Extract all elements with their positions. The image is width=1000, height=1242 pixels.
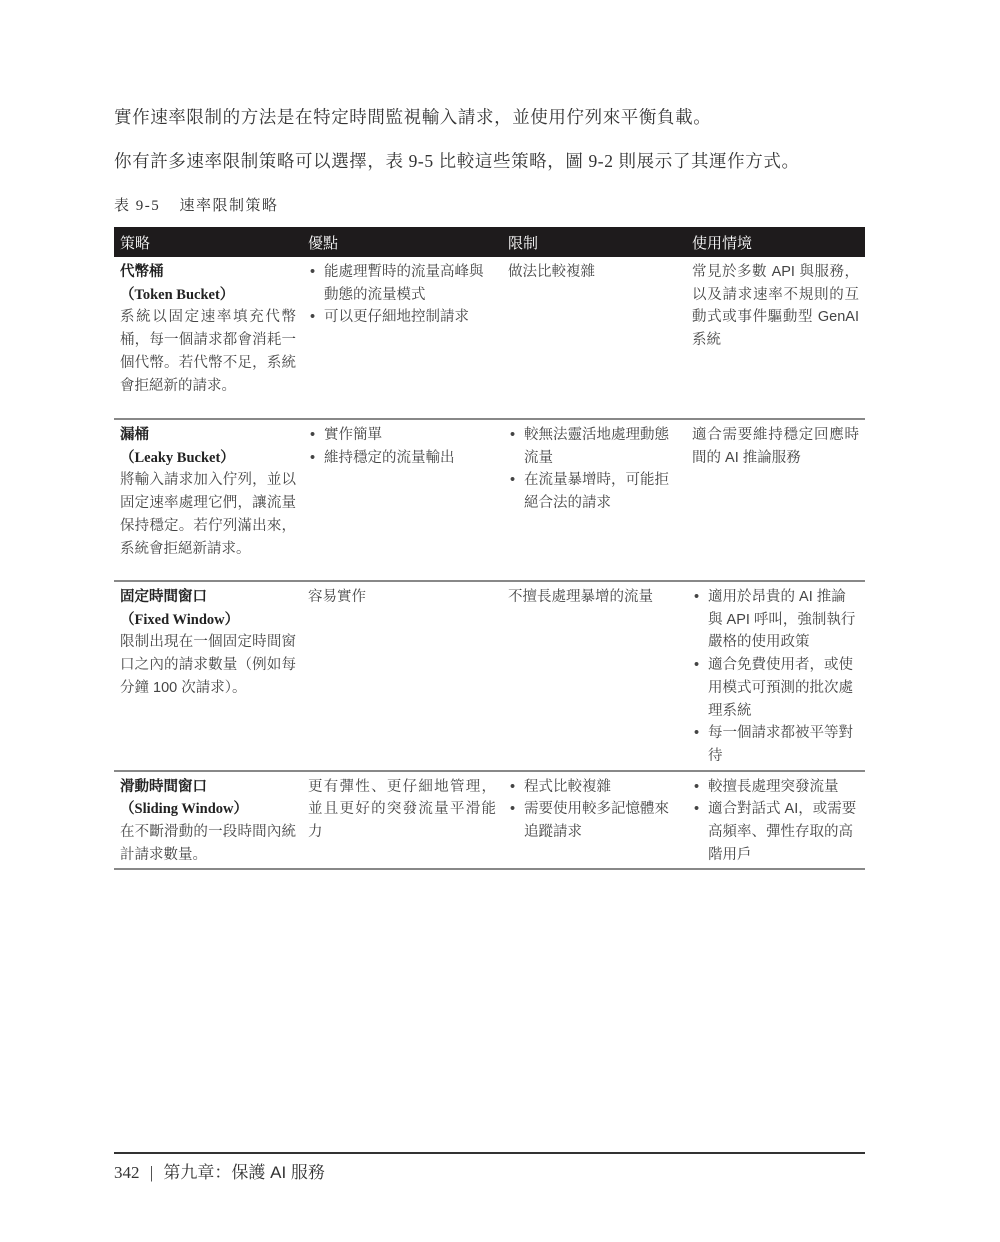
table-header-row: 策略 優點 限制 使用情境 bbox=[114, 227, 865, 257]
pros-cell: 更有彈性、更仔細地管理，並且更好的突發流量平滑能力 bbox=[302, 771, 502, 870]
cons-item: 較無法靈活地處理動態流量 bbox=[508, 424, 680, 469]
table-caption: 表 9-5 速率限制策略 bbox=[114, 194, 279, 215]
table-row: 代幣桶 （Token Bucket） 系統以固定速率填充代幣桶，每一個請求都會消… bbox=[114, 257, 865, 419]
strategy-name-zh: 固定時間窗口 bbox=[120, 586, 296, 609]
cons-cell: 不擅長處理暴增的流量 bbox=[502, 581, 686, 771]
rate-limit-strategies-table: 策略 優點 限制 使用情境 代幣桶 （Token Bucket） 系統以固定速率… bbox=[114, 227, 865, 870]
cons-cell: 較無法靈活地處理動態流量 在流量暴增時，可能拒絕合法的請求 bbox=[502, 419, 686, 581]
footer-separator: | bbox=[150, 1163, 153, 1182]
header-cons: 限制 bbox=[502, 227, 686, 257]
strategy-name-en: （Token Bucket） bbox=[120, 284, 296, 307]
strategy-name-zh: 代幣桶 bbox=[120, 261, 296, 284]
table-caption-number: 表 9-5 bbox=[114, 198, 160, 214]
pros-cell: 能處理暫時的流量高峰與動態的流量模式 可以更仔細地控制請求 bbox=[302, 257, 502, 419]
usage-item: 適用於昂貴的 AI 推論與 API 呼叫，強制執行嚴格的使用政策 bbox=[692, 586, 859, 654]
strategy-description: 在不斷滑動的一段時間內統計請求數量。 bbox=[120, 821, 296, 866]
cons-cell: 做法比較複雜 bbox=[502, 257, 686, 419]
cons-cell: 程式比較複雜 需要使用較多記憶體來追蹤請求 bbox=[502, 771, 686, 870]
footer-rule bbox=[114, 1152, 865, 1154]
strategy-name-zh: 漏桶 bbox=[120, 424, 296, 447]
strategy-cell: 代幣桶 （Token Bucket） 系統以固定速率填充代幣桶，每一個請求都會消… bbox=[114, 257, 302, 419]
usage-cell: 較擅長處理突發流量 適合對話式 AI，或需要高頻率、彈性存取的高階用戶 bbox=[686, 771, 865, 870]
pros-item: 能處理暫時的流量高峰與動態的流量模式 bbox=[308, 261, 496, 306]
pros-item: 可以更仔細地控制請求 bbox=[308, 306, 496, 329]
usage-cell: 適用於昂貴的 AI 推論與 API 呼叫，強制執行嚴格的使用政策 適合免費使用者… bbox=[686, 581, 865, 771]
usage-item: 較擅長處理突發流量 bbox=[692, 776, 859, 799]
usage-item: 適合免費使用者，或使用模式可預測的批次處理系統 bbox=[692, 654, 859, 722]
table-row: 漏桶 （Leaky Bucket） 將輸入請求加入佇列，並以固定速率處理它們，讓… bbox=[114, 419, 865, 581]
body-paragraph-1: 實作速率限制的方法是在特定時間監視輸入請求，並使用佇列來平衡負載。 bbox=[114, 104, 711, 129]
pros-item: 維持穩定的流量輸出 bbox=[308, 447, 496, 470]
usage-item: 每一個請求都被平等對待 bbox=[692, 722, 859, 767]
cons-item: 程式比較複雜 bbox=[508, 776, 680, 799]
header-pros: 優點 bbox=[302, 227, 502, 257]
strategy-cell: 固定時間窗口 （Fixed Window） 限制出現在一個固定時間窗口之內的請求… bbox=[114, 581, 302, 771]
strategy-description: 限制出現在一個固定時間窗口之內的請求數量（例如每分鐘 100 次請求）。 bbox=[120, 631, 296, 699]
cons-item: 在流量暴增時，可能拒絕合法的請求 bbox=[508, 469, 680, 514]
strategy-name-en: （Sliding Window） bbox=[120, 798, 296, 821]
cons-item: 需要使用較多記憶體來追蹤請求 bbox=[508, 798, 680, 843]
page-footer: 342 | 第九章：保護 AI 服務 bbox=[114, 1158, 325, 1183]
usage-item: 適合對話式 AI，或需要高頻率、彈性存取的高階用戶 bbox=[692, 798, 859, 866]
strategy-description: 將輸入請求加入佇列，並以固定速率處理它們，讓流量保持穩定。若佇列滿出來，系統會拒… bbox=[120, 469, 296, 560]
strategy-cell: 漏桶 （Leaky Bucket） 將輸入請求加入佇列，並以固定速率處理它們，讓… bbox=[114, 419, 302, 581]
pros-cell: 容易實作 bbox=[302, 581, 502, 771]
strategy-name-zh: 滑動時間窗口 bbox=[120, 776, 296, 799]
usage-cell: 適合需要維持穩定回應時間的 AI 推論服務 bbox=[686, 419, 865, 581]
table-caption-title: 速率限制策略 bbox=[180, 198, 279, 214]
pros-cell: 實作簡單 維持穩定的流量輸出 bbox=[302, 419, 502, 581]
pros-item: 實作簡單 bbox=[308, 424, 496, 447]
table-row: 滑動時間窗口 （Sliding Window） 在不斷滑動的一段時間內統計請求數… bbox=[114, 771, 865, 870]
chapter-title: 第九章：保護 AI 服務 bbox=[163, 1163, 325, 1182]
usage-cell: 常見於多數 API 與服務，以及請求速率不規則的互動式或事件驅動型 GenAI … bbox=[686, 257, 865, 419]
strategy-description: 系統以固定速率填充代幣桶，每一個請求都會消耗一個代幣。若代幣不足，系統會拒絕新的… bbox=[120, 306, 296, 397]
strategy-name-en: （Fixed Window） bbox=[120, 609, 296, 632]
body-paragraph-2: 你有許多速率限制策略可以選擇，表 9-5 比較這些策略，圖 9-2 則展示了其運… bbox=[114, 148, 800, 173]
header-usage: 使用情境 bbox=[686, 227, 865, 257]
strategy-name-en: （Leaky Bucket） bbox=[120, 447, 296, 470]
page-number: 342 bbox=[114, 1163, 140, 1182]
header-strategy: 策略 bbox=[114, 227, 302, 257]
table-row: 固定時間窗口 （Fixed Window） 限制出現在一個固定時間窗口之內的請求… bbox=[114, 581, 865, 771]
strategy-cell: 滑動時間窗口 （Sliding Window） 在不斷滑動的一段時間內統計請求數… bbox=[114, 771, 302, 870]
